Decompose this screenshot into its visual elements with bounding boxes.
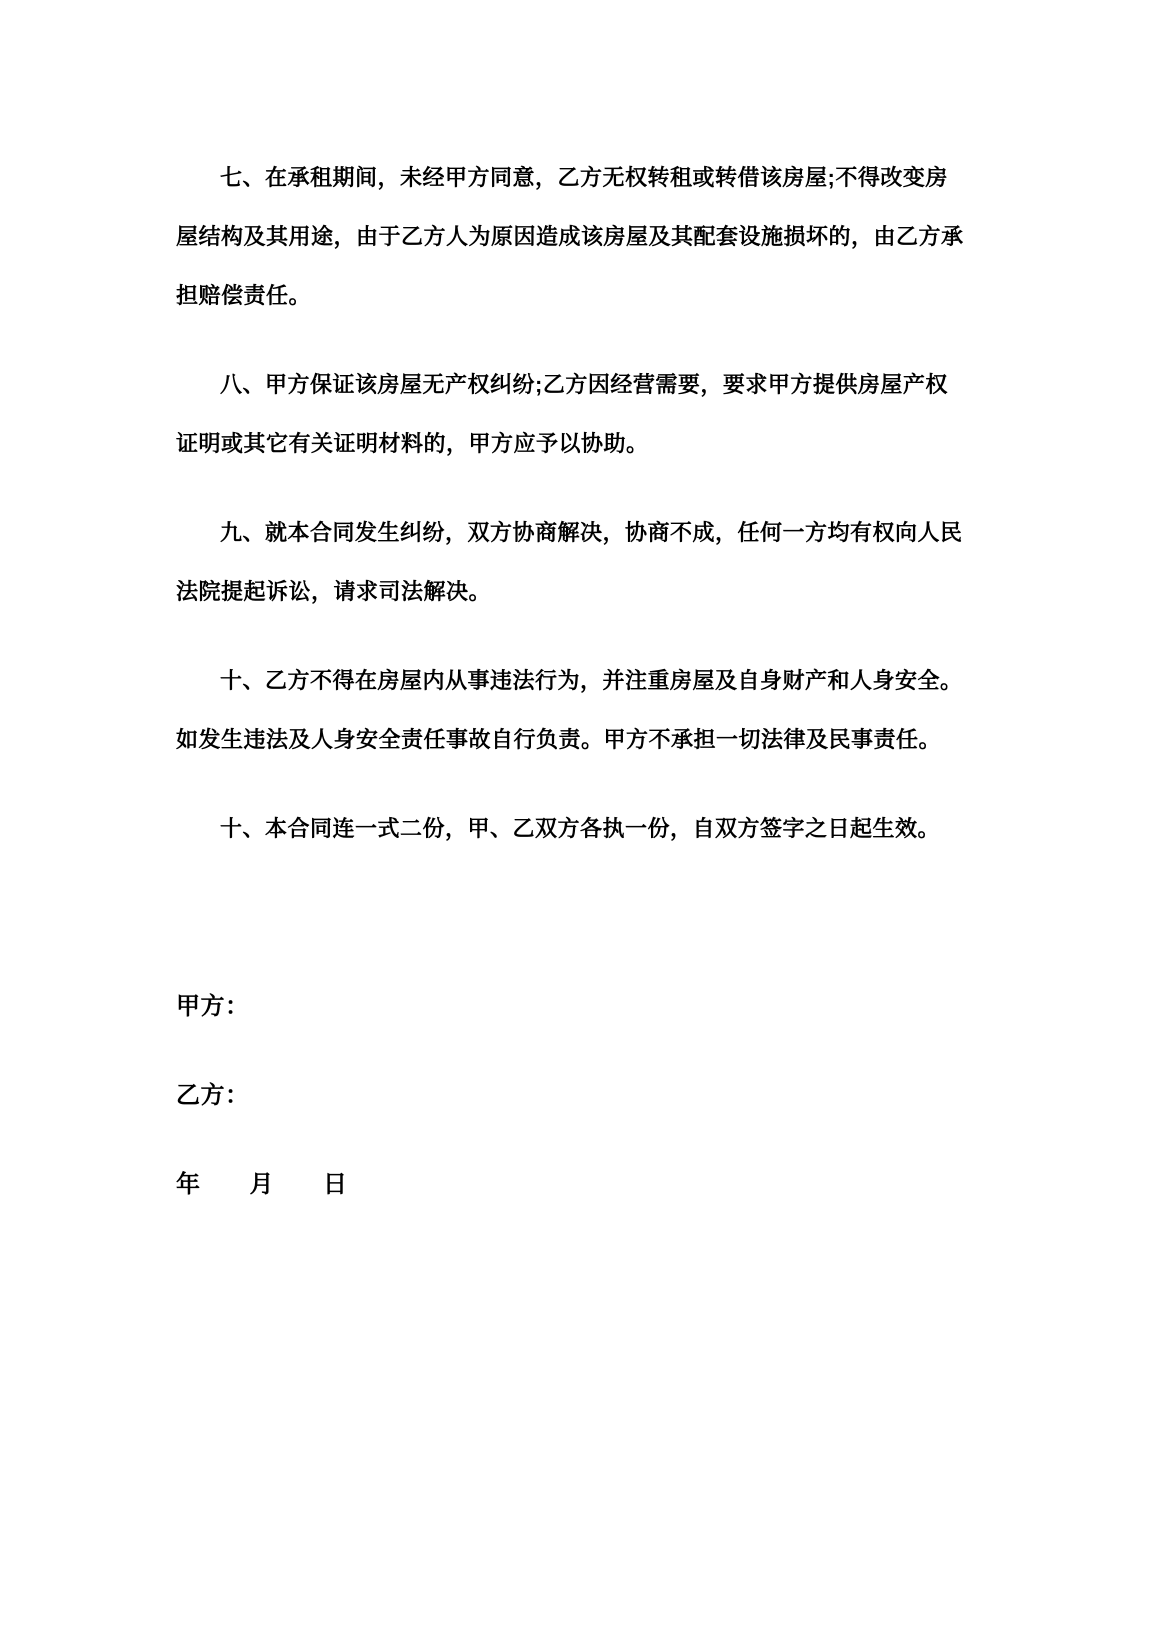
clause-8-paragraph: 八、甲方保证该房屋无产权纠纷;乙方因经营需要，要求甲方提供房屋产权 证明或其它有… — [176, 355, 1007, 473]
empty-paragraph-spacer — [176, 888, 1007, 947]
clause-10-line-1: 十、乙方不得在房屋内从事违法行为，并注重房屋及自身财产和人身安全。 — [176, 651, 1007, 710]
clause-9-line-1: 九、就本合同发生纠纷，双方协商解决，协商不成，任何一方均有权向人民 — [176, 503, 1007, 562]
clause-8-line-2: 证明或其它有关证明材料的，甲方应予以协助。 — [176, 414, 1007, 473]
clause-11-paragraph: 十、本合同连一式二份，甲、乙双方各执一份，自双方签字之日起生效。 — [176, 799, 1007, 858]
clause-10-paragraph: 十、乙方不得在房屋内从事违法行为，并注重房屋及自身财产和人身安全。 如发生违法及… — [176, 651, 1007, 769]
clause-10-line-2: 如发生违法及人身安全责任事故自行负责。甲方不承担一切法律及民事责任。 — [176, 710, 1007, 769]
clause-9-line-2: 法院提起诉讼，请求司法解决。 — [176, 562, 1007, 621]
clause-7-paragraph: 七、在承租期间，未经甲方同意，乙方无权转租或转借该房屋;不得改变房 屋结构及其用… — [176, 148, 1007, 325]
clause-7-line-1: 七、在承租期间，未经甲方同意，乙方无权转租或转借该房屋;不得改变房 — [176, 148, 1007, 207]
contract-document-page: 七、在承租期间，未经甲方同意，乙方无权转租或转借该房屋;不得改变房 屋结构及其用… — [0, 0, 1167, 1651]
party-b-signature-label: 乙方： — [176, 1066, 1007, 1125]
clause-8-line-1: 八、甲方保证该房屋无产权纠纷;乙方因经营需要，要求甲方提供房屋产权 — [176, 355, 1007, 414]
clause-11-line-1: 十、本合同连一式二份，甲、乙双方各执一份，自双方签字之日起生效。 — [176, 799, 1007, 858]
date-line: 年 月 日 — [176, 1155, 1007, 1214]
party-a-signature-label: 甲方： — [176, 977, 1007, 1036]
clause-7-line-2: 屋结构及其用途，由于乙方人为原因造成该房屋及其配套设施损坏的，由乙方承 — [176, 207, 1007, 266]
clause-9-paragraph: 九、就本合同发生纠纷，双方协商解决，协商不成，任何一方均有权向人民 法院提起诉讼… — [176, 503, 1007, 621]
clause-7-line-3: 担赔偿责任。 — [176, 266, 1007, 325]
